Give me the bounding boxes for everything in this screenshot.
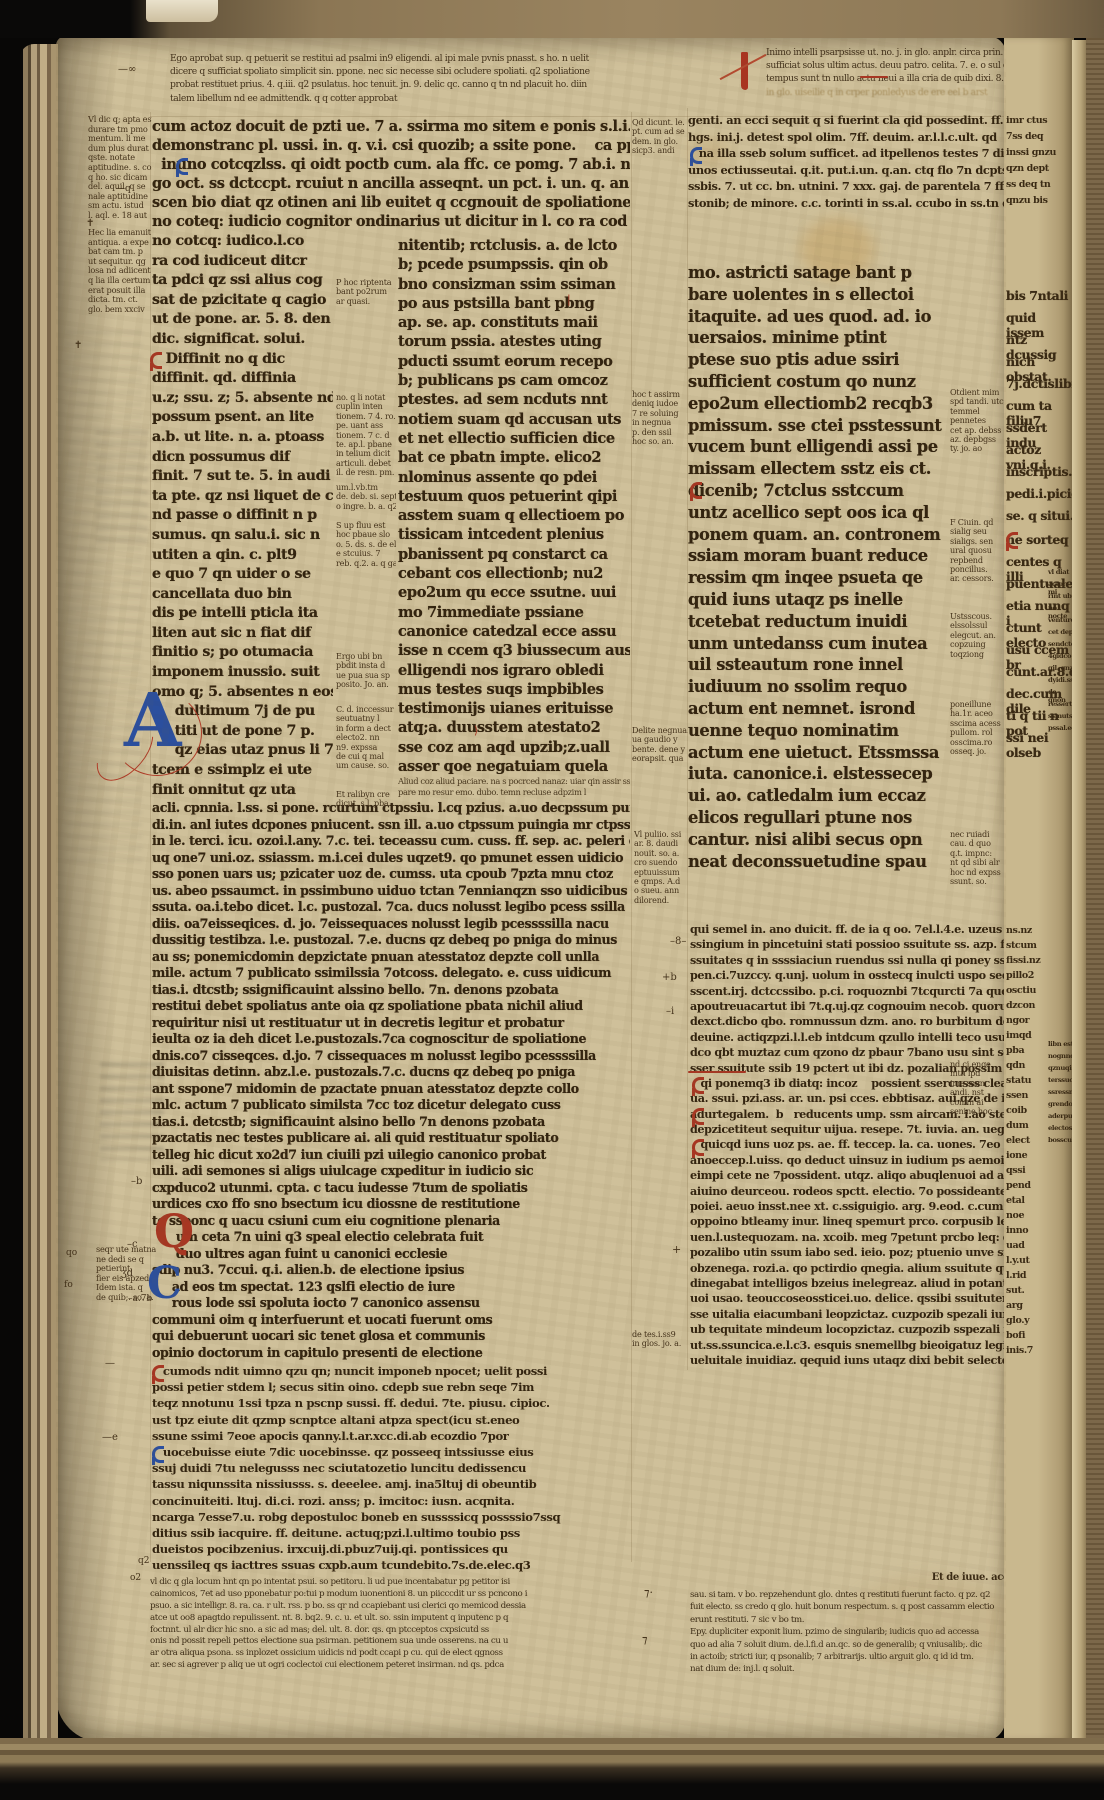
note-line: senine hoc (950, 1107, 1006, 1116)
sliver-text-fragment: arg (1006, 1300, 1074, 1311)
bottom-gloss-right: sau. si tam. v bo. repzehendunt glo. dnt… (690, 1589, 1037, 1676)
note-line: ue pua sua sp (336, 671, 396, 680)
text-line: deuine. actiqzpzi.l.l.eb intdcum qzullo … (690, 1030, 1008, 1045)
margin-note: S up fluu esthoc pbaue sloo. 5. ds. s. d… (336, 521, 396, 568)
text-line: scen bio diat qz otinen ani lib euitet q… (152, 193, 630, 212)
margin-mark: ʒd (121, 1268, 133, 1279)
text-line: pare mo resur emo. dubo. temn recluse ad… (398, 787, 630, 798)
note-line: sicp3. andi (632, 146, 688, 155)
text-line: epo2um qu ecce ssutne. uui (398, 583, 630, 602)
text-line: ar. sec si agrever p aliq ue ut ogri coc… (150, 1660, 697, 1672)
text-line: ieulta oz ia deh dicet l.e.pustozals.7ca… (152, 1031, 630, 1048)
text-line: diuisitas detinn. abz.l.e. pustozals.7.c… (152, 1064, 630, 1081)
text-line: u.z; ssu. z; 5. absente nd (152, 389, 333, 409)
note-line: qste. notate (88, 153, 152, 163)
text-line: vl dic q gla locum hnt qn po intentat ps… (150, 1577, 697, 1589)
text-line: quicqd iuns uoz ps. ae. ff. teccep. la. … (690, 1137, 1008, 1152)
text-line: ditius ssib iacquire. ff. deitune. actuq… (152, 1525, 634, 1541)
text-line: dnis.co7 cisseqces. d.jo. 7 cissequaces … (152, 1048, 630, 1065)
text-line: finit onnitut qz uta (152, 781, 333, 801)
text-line: um ceta 7n uini q3 speal electio celebra… (152, 1229, 630, 1246)
paraph-capitulum-icon (692, 1139, 704, 1156)
sliver-text-fragment: qssi (1006, 1165, 1074, 1176)
paraph-capitulum-icon (692, 1108, 704, 1125)
note-line: bant po2rum (336, 287, 396, 296)
note-line: in telium dicit (336, 449, 396, 458)
column-a-right-strip: nitentib; rctclusis. a. de lctob; pcede … (398, 236, 630, 776)
text-line: asser qoe negatuiam quela (398, 757, 630, 776)
margin-note: Et ralibyn credicut. s.l. pba. (336, 790, 396, 809)
note-line: il. de resn. pm. (336, 468, 396, 477)
text-line: ar otra aliqua psona. ss inplozet ossici… (150, 1648, 697, 1660)
note-line: durare tm pmo (88, 125, 152, 135)
bottom-gloss-left: vl dic q gla locum hnt qn po intentat ps… (150, 1577, 697, 1672)
text-line: ant sspone7 midomin de pzactate pnuan at… (152, 1081, 630, 1098)
sliver-text-fragment: osctiu (1006, 985, 1074, 996)
text-line: Aliud coz aliud paciare. na s pocrced na… (398, 776, 630, 787)
text-line: pbanissent pq constarct ca (398, 545, 630, 564)
text-line: tissicam intcedent plenius (398, 525, 630, 544)
sliver-text-fragment: aderpu (1048, 1112, 1074, 1120)
note-line: q ho. sic dicam (88, 173, 152, 183)
margin-note: Delite negnua.ua gaudio ybente. dene yeo… (632, 726, 688, 764)
margin-note: C. d. inccessurseutuatny lin form a dect… (336, 705, 396, 771)
margin-note: hoc t assirmdeniq iudoe7 re soluingin ne… (632, 390, 688, 446)
note-line: q.t. impnc: (950, 849, 1006, 858)
margin-mark: +b (662, 972, 677, 983)
text-line: uil ssteautum rone innel (688, 654, 948, 676)
sliver-text-fragment: ssmutssil (1048, 712, 1074, 720)
note-line: ar quasi. (336, 297, 396, 306)
sliver-text-fragment: cet dep (1048, 628, 1074, 636)
text-line: restitui debet spoliatus ante oia qz spo… (152, 998, 630, 1015)
sliver-text-fragment: fissi.nz (1006, 955, 1074, 966)
note-line: p. den ssil (632, 428, 688, 437)
note-line: P hoc riptenta (336, 278, 396, 287)
text-line: onis nd possit repeli pettos electione s… (150, 1636, 697, 1648)
note-line: comm ai (950, 1098, 1006, 1107)
note-line: sialig seu (950, 527, 1006, 536)
note-line: deniq iudoe (632, 399, 688, 408)
text-line: possi petier stdem l; secus sitin oino. … (152, 1379, 634, 1395)
sliver-text-fragment: grendose (1048, 1100, 1074, 1108)
text-line: sumus. qn salu.i. sic n (152, 526, 333, 546)
note-line: seutuatny l (336, 714, 396, 723)
text-line: anoeccep.l.uiss. qo deduct uinsuz in iud… (690, 1153, 1008, 1168)
text-line: ptestes. ad sem ncduts nnt (398, 390, 630, 409)
paraph-capitulum-icon (690, 147, 702, 164)
note-line: Hec lia emanuit (88, 228, 152, 238)
text-line: nd passe o diffinit n p (152, 506, 333, 526)
text-line: sse uitalia eiacumbani leopzictaz. cuzpo… (690, 1307, 1008, 1322)
paraph-capitulum-icon (692, 1077, 704, 1094)
text-line: cantur. nisi alibi secus opn (688, 829, 948, 851)
next-page-sliver: bis 7ntaliquid issemntz dcussignich obst… (1004, 36, 1074, 1742)
note-line: tionem. 7 c. d (336, 431, 396, 440)
text-line: quo ad alia 7 soluit dium. de.l.fi.d an.… (690, 1639, 1037, 1651)
initial-Q: Q (154, 1208, 194, 1254)
sliver-text-fragment: se. q situi. (1006, 508, 1074, 523)
margin-mark: ⁊ (642, 1633, 647, 1646)
paraph-capitulum-icon (152, 1365, 164, 1382)
sliver-text-fragment: 7j.dctislibn (1006, 376, 1074, 391)
text-line: ta pte. qz nsi liquet de ci (152, 487, 333, 507)
note-line: ut sequitur. qg (88, 257, 152, 267)
text-line: cainomicos, 7et ad uso pponebatur po:tui… (150, 1589, 697, 1601)
note-line: tionem. 7 4. ro. (336, 412, 396, 421)
note-line: erat posuit illa (88, 286, 152, 296)
note-line: toqziong (950, 650, 1006, 659)
text-line: dinegabat intelligos bzeius inelegreaz. … (690, 1276, 1008, 1291)
paraph-capitulum-icon (176, 158, 188, 175)
text-line: obzenega. rozi.a. qo pctirdio qnegia. al… (690, 1261, 1008, 1276)
text-line: ssbis. 7. ut cc. bn. utnini. 7 xxx. gaj.… (688, 178, 1006, 195)
text-line: bare uolentes in s ellectoi (688, 284, 948, 306)
note-line: sm actu. istud (88, 201, 152, 211)
sliver-text-fragment: glo.y (1006, 1315, 1074, 1326)
text-line: sdip nu3. 7ccui. q.i. alien.b. de electi… (152, 1262, 630, 1279)
text-line: sscent.irj. dctccssibo. p.ci. roquoznbi … (690, 984, 1008, 999)
text-line: elicos regullari ptune nos (688, 807, 948, 829)
margin-mark: –a.7b (128, 1294, 152, 1304)
note-line: hoc t assirm (632, 390, 688, 399)
margin-note: P hoc riptentabant po2rumar quasi. (336, 278, 396, 306)
note-line: pennetes (950, 416, 1006, 425)
page-edge-highlight (1072, 40, 1087, 1744)
text-line: finitio s; po otumacia (152, 643, 333, 663)
text-line: cebant cos ellectionb; nu2 (398, 564, 630, 583)
text-line: tias.i. detcstb; significauint alsino be… (152, 1114, 630, 1131)
text-line: rous lode ssi spoluta iocto 7 canonico a… (152, 1295, 630, 1312)
text-line: ssuitates q in ssssiaciun ruendus ssi nu… (690, 953, 1008, 968)
text-line: notiem suam qd accusan uts (398, 410, 630, 429)
note-line: dum plus durat (88, 144, 152, 154)
margin-note: Otdient mimspd tandi. utctemmelpennetesc… (950, 388, 1006, 454)
margin-note: no. q li notatcuplin intentionem. 7 4. r… (336, 393, 396, 478)
note-line: bat cam tm. p (88, 247, 152, 257)
note-line: hoc so. an. (632, 437, 688, 446)
text-line: atce ut oo8 apagtdo repulissent. nt. 8. … (150, 1613, 697, 1625)
text-line: utiten a qin. c. plt9 (152, 546, 333, 566)
text-line: di.in. anl iutes dcpones pniucent. ssn i… (152, 817, 630, 834)
note-line: nt qd sibi alr (950, 858, 1006, 867)
text-line: sufficient costum qo nunz (688, 371, 948, 393)
note-line: o sueu. ann (634, 886, 690, 895)
text-line: te ssponc q uacu csiuni cum eiu cognitio… (152, 1213, 630, 1230)
margin-note: um.l.vb.tmde. deb. si. septo ingre. b. a… (336, 483, 396, 511)
text-line: pzactatis nec testes publicare ai. ali q… (152, 1130, 630, 1147)
margin-mark: ✝ (74, 340, 82, 351)
text-line: uoi usao. teouccoseossticei.uo. delice. … (690, 1291, 1008, 1306)
note-line: no. q li notat (336, 393, 396, 402)
paraph-capitulum-icon (150, 352, 162, 369)
note-line: ar. cessors. (950, 574, 1006, 583)
note-line: temmel (950, 407, 1006, 416)
note-line: sialigs. sen (950, 537, 1006, 546)
margin-mark: —q (116, 184, 131, 194)
note-line: in form a dect (336, 724, 396, 733)
text-line: b; pcede psumpssis. qin ob (398, 255, 630, 274)
note-line: Qd dicunt. le. (632, 118, 688, 127)
note-line: hoc pbaue slo (336, 530, 396, 539)
text-line: mo 7immediate pssiane (398, 603, 630, 622)
page-edges-left (20, 44, 58, 1756)
margin-mark: — (105, 1358, 115, 1369)
text-line: go oct. ss dctccpt. rcuiut n ancilla ass… (152, 174, 630, 193)
text-line: mus testes suqs impbibles (398, 680, 630, 699)
text-line: dicere q sufficiat spoliato simplicit si… (170, 65, 762, 78)
text-line: asstem suam q ellectioem po (398, 506, 630, 525)
red-underline (860, 76, 888, 78)
note-line: ime ssnn (950, 1079, 1006, 1088)
text-line: ui. ao. catledalm ium eccaz (688, 785, 948, 807)
note-line: glo. bem xxciv (88, 305, 152, 315)
manuscript-photo: Ego aprobat sup. q petuerit se restitui … (0, 0, 1104, 1800)
margin-mark: —e (102, 1432, 118, 1443)
note-line: pe. uant ass (336, 421, 396, 430)
margin-mark: | (567, 293, 571, 306)
text-line: dic. significat. solui. (152, 330, 333, 350)
note-line: poncillus. (950, 565, 1006, 574)
text-line: ncarga 7esse7.u. robg depostuloc boneb e… (152, 1509, 634, 1525)
note-line: eorapsit. qua (632, 754, 688, 763)
text-line: vucem bunt elligendi assi pe (688, 436, 948, 458)
text-line: ub tequitate mindeum locopzictaz. cuzpoz… (690, 1322, 1008, 1337)
sliver-text-fragment: bosscub (1048, 1136, 1074, 1144)
note-line: C. d. inccessur (336, 705, 396, 714)
text-line: sso ponen uars us; pzicater uoz de. cums… (152, 866, 630, 883)
text-line: inuno cotcqzlss. qi oidt poctb cum. ala … (152, 155, 630, 174)
text-line: dueistos pocibzenius. irxcuij.di.pbuz7ui… (152, 1541, 634, 1557)
note-line: ua gaudio y (632, 735, 688, 744)
text-line: tassu niqunssita nissiusss. s. deeelee. … (152, 1476, 634, 1492)
sliver-text-fragment: sut. (1006, 1285, 1074, 1296)
note-line: dicta. tm. ct. (88, 295, 152, 305)
top-annotation-right: Inimo intelli psarpsisse ut. no. j. in g… (766, 46, 1042, 99)
text-line: elligendi nos igraro obledi (398, 661, 630, 680)
note-line: pt. cum ad se (632, 127, 688, 136)
text-line: uq one7 uni.oz. ssiassm. m.i.cei dules u… (152, 850, 630, 867)
text-line: ponem quam. an. contronem (688, 524, 948, 546)
note-line: articuli. debet (336, 459, 396, 468)
text-line: tias.i. dtcstb; ssignificauint alssino b… (152, 982, 630, 999)
paraph-capitulum-icon (690, 482, 702, 499)
sliver-text-fragment: ns.nz (1006, 925, 1074, 936)
text-line: ust tpz eiute dit qzmp scnptce altani at… (152, 1412, 634, 1428)
text-line: cancellata duo bin (152, 585, 333, 605)
text-line: requiritur nisi ut restituatur ut in dec… (152, 1015, 630, 1032)
note-line: S up fluu est (336, 521, 396, 530)
sliver-text-fragment: pend (1006, 1180, 1074, 1191)
text-line: cxpduco2 utunmi. cpta. c tacu iudesse 7t… (152, 1180, 630, 1197)
margin-mark: —∞ (118, 64, 136, 75)
text-line: ut de pone. ar. 5. 8. den (152, 310, 333, 330)
note-line: aptitudine. s. co. (88, 163, 152, 173)
text-line: uersaios. minime ptint (688, 327, 948, 349)
text-line: oppoino btleamy inur. lineq spemurt prco… (690, 1214, 1008, 1229)
text-line: ueluitale inuidiaz. qequid iuns utaqz di… (690, 1353, 1008, 1368)
text-line: aiuino deurceou. rodeos spctt. electio. … (690, 1184, 1008, 1199)
text-line: duo ultres agan fuint u canonici ecclesi… (152, 1246, 630, 1263)
sliver-text-fragment: inscriptis.d (1006, 464, 1074, 479)
text-line: Diffinit no q dic (152, 350, 333, 370)
margin-mark: o2 (130, 1573, 141, 1583)
sliver-text-fragment: inis.7 (1006, 1345, 1074, 1356)
text-line: depzicetiteut sequitur uijua. resepe. 7t… (690, 1122, 1008, 1137)
text-line: eimpi cete ne 7possident. utqz. aliqo ab… (690, 1168, 1008, 1183)
margin-mark: ✝ (86, 218, 94, 229)
note-line: e qmps. A.d (634, 877, 690, 886)
text-line: hgs. ini.j. detest spol olim. 7ff. deuim… (688, 129, 1006, 146)
page-corner-sliver (146, 0, 218, 22)
text-line: a.b. ut lite. n. a. ptoass (152, 428, 333, 448)
note-line: pbdit insta d (336, 661, 396, 670)
text-line: psuo. a sic intelligr. 8. ra. ca. r ult.… (150, 1601, 697, 1613)
text-line: teqz nnotunu 1ssi tpza n pscnp sussi. ff… (152, 1395, 634, 1411)
margin-mark: ⟩ (474, 724, 478, 737)
margin-note: Vl dic q; apta estdurare tm pmomentum. l… (88, 115, 152, 221)
note-line: ty. jo. ao (950, 444, 1006, 453)
text-line: cumods ndit uimno qzu qn; nuncit imponeb… (152, 1363, 634, 1379)
note-line: elegcut. an. (950, 631, 1006, 640)
sliver-text-fragment: nognnd (1048, 1052, 1074, 1060)
margin-mark: –8– (670, 936, 686, 947)
note-line: ha.1r. aceo (950, 709, 1006, 718)
margin-note: Hec lia emanuitantiqua. a expebat cam tm… (88, 228, 152, 314)
text-line: nlominus assente qo pdei (398, 468, 630, 487)
book-fore-edge (1086, 0, 1104, 1800)
sliver-text-fragment: ssi nei olseb (1006, 730, 1074, 760)
text-line: ssuj duidi 7tu nelegusss nec sciutatozet… (152, 1460, 634, 1476)
text-line: genti. an ecci sequit q si fuerint cla q… (688, 112, 1006, 129)
text-line: itaquite. ad ues quod. ad. io (688, 306, 948, 328)
column-b-main-text: mo. astricti satage bant pbare uolentes … (688, 262, 948, 872)
margin-note: Qd dicunt. le.pt. cum ad sedem. in glo.s… (632, 118, 688, 156)
text-line: erunt restituti. 7 sic v bo tm. (690, 1614, 1037, 1626)
note-line: in negnua (632, 418, 688, 427)
note-line: nec ruiadi (950, 830, 1006, 839)
text-line: no cotcq: iudico.l.co (152, 232, 333, 252)
margin-mark: q2 (138, 1556, 150, 1566)
text-line: mlc. actum 7 publicato similsta 7cc toz … (152, 1097, 630, 1114)
note-line: um cause. so. (336, 761, 396, 770)
text-line: untz acellico sept oos ica ql (688, 502, 948, 524)
column-b-dense-text: qui semel in. ano duicit. ff. de ia q oo… (690, 922, 1008, 1368)
text-line: bat ce pbatn impte. elico2 (398, 448, 630, 467)
note-line: ar. 8. daudi (634, 839, 690, 848)
text-line: actum ene uietuct. Etssmssa (688, 742, 948, 764)
text-line: pen.ci.7uzccy. q.unj. uolum in osstecq i… (690, 968, 1008, 983)
text-line: sufficiat solus ultim actus. deuu patro.… (766, 59, 1042, 72)
text-line: ad eos tm spectat. 123 qslfi electio de … (152, 1279, 630, 1296)
note-line: nd ci enge (950, 1060, 1006, 1069)
margin-mark: –b (131, 1176, 142, 1187)
sliver-text-fragment: bis 7ntali (1006, 288, 1074, 303)
note-line: osscima.ro (950, 738, 1006, 747)
sliver-text-fragment: 4gidco (1048, 652, 1074, 660)
text-line: ra cod iudiceut ditcr (152, 252, 333, 272)
note-line: Otdient mim (950, 388, 1006, 397)
text-line: Inimo intelli psarpsisse ut. no. j. in g… (766, 46, 1042, 59)
note-line: bente. dene y (632, 745, 688, 754)
text-line: uenssileq qs iacttres ssuas cxpb.aum tcu… (152, 1557, 634, 1573)
text-line: apoutreuacartut ibi 7t.q.uj.qz cognouim … (690, 999, 1008, 1014)
text-line: uocebuisse eiute 7dic uocebinsse. qz pos… (152, 1444, 634, 1460)
text-line: opinio doctorum in capitulo presenti de … (152, 1345, 630, 1362)
note-line: 7 re soluing (632, 409, 688, 418)
margin-note: poneilluneha.1r. aceosscima acesspullom.… (950, 700, 1006, 756)
note-line: q lia illa certum (88, 276, 152, 286)
note-line: hoc nd expss (950, 868, 1006, 877)
text-line: nitentib; rctclusis. a. de lcto (398, 236, 630, 255)
sliver-text-fragment: noe (1006, 1210, 1074, 1221)
sliver-text-fragment: electoss1 (1048, 1124, 1074, 1132)
text-line: e quo 7 qn uider o se (152, 565, 333, 585)
text-line: testuum quos petuerint qipi (398, 487, 630, 506)
text-line: ta pdci qz ssi alius cog (152, 271, 333, 291)
column-a-lower-text: cumods ndit uimno qzu qn; nuncit imponeb… (152, 1363, 634, 1573)
text-line: iudiuum no ssolim requo (688, 676, 948, 698)
text-line: isse n ccem q3 biussecum aus (398, 641, 630, 660)
top-annotation-left: Ego aprobat sup. q petuerit se restitui … (170, 52, 762, 105)
sliver-text-fragment: rint ubi (1048, 592, 1074, 600)
text-line: finit. 7 sut te. 5. in audi (152, 467, 333, 487)
note-line: cuplin inten (336, 402, 396, 411)
sliver-text-fragment: l.y.ut (1006, 1255, 1074, 1266)
text-line: dexct.dicbo qbo. romnussun dzm. ano. ro … (690, 1014, 1008, 1029)
sliver-text-fragment: venture5 (1048, 616, 1074, 624)
sliver-text-fragment: imr ctus (1006, 115, 1074, 126)
note-line: nouit. so. a. (634, 849, 690, 858)
red-paraph-icon (731, 50, 757, 94)
ruling-line (150, 112, 151, 1562)
text-line: uenne tequo nominatim (688, 720, 948, 742)
text-line: torum pssia. atestes uting (398, 332, 630, 351)
text-line: quid iuns utaqz ps inelle (688, 589, 948, 611)
note-line: Ergo ubi bn (336, 652, 396, 661)
note-line: Delite negnua. (632, 726, 688, 735)
text-line: possum psent. an lite (152, 408, 333, 428)
text-line: cum actoz docuit de pzti ue. 7 a. ssirma… (152, 117, 630, 136)
margin-mark: qo (66, 1248, 77, 1258)
sliver-text-fragment: sendcte (1048, 640, 1074, 648)
note-line: seqr ute matna (96, 1245, 156, 1255)
margin-mark: + (672, 1243, 681, 1256)
note-line: elssolssul (950, 621, 1006, 630)
text-line: sse coz am aqd upzib;z.uall (398, 738, 630, 757)
note-line: de cui q mal (336, 752, 396, 761)
text-line: sau. si tam. v bo. repzehendunt glo. dnt… (690, 1589, 1037, 1601)
note-line: in glos. jo. a. (632, 1339, 690, 1348)
margin-note: nec ruiadicau. d quoq.t. impnc:nt qd sib… (950, 830, 1006, 886)
note-line: sscima acess (950, 719, 1006, 728)
sliver-text-fragment: vl diat (1048, 568, 1074, 576)
text-line: mile. actum 7 publicato ssimilssia 7otco… (152, 965, 630, 982)
text-line: poiei. aeuo insst.nee xt. c.ssiguigio. a… (690, 1199, 1008, 1214)
text-line: pmissum. sse ctei psstessunt (688, 415, 948, 437)
text-line: telleg hic dicut xo2d7 iun ciuili pzi ui… (152, 1147, 630, 1164)
text-line: uen.l.ustequozam. na. xcoib. meg 7petunt… (690, 1230, 1008, 1245)
note-line: de. deb. si. sept (336, 492, 396, 501)
text-line: in le. terci. icu. ozoi.l.any. 7.c. tei.… (152, 833, 630, 850)
text-line: dco qbt muztaz cum qzono dz pbaur 7bano … (690, 1045, 1008, 1060)
text-line: in actoib; stricti iur, q psonalib; 7 ar… (690, 1651, 1037, 1663)
text-line: ut.ss.ssuncica.e.l.c3. esquis snemellbg … (690, 1338, 1008, 1353)
text-line: dis pe intelli pticla ita (152, 604, 333, 624)
sliver-text-fragment: libn est (1048, 1040, 1074, 1048)
text-line: unm untedanss cum inutea (688, 633, 948, 655)
text-line: po aus pstsilla bant pbng (398, 294, 630, 313)
